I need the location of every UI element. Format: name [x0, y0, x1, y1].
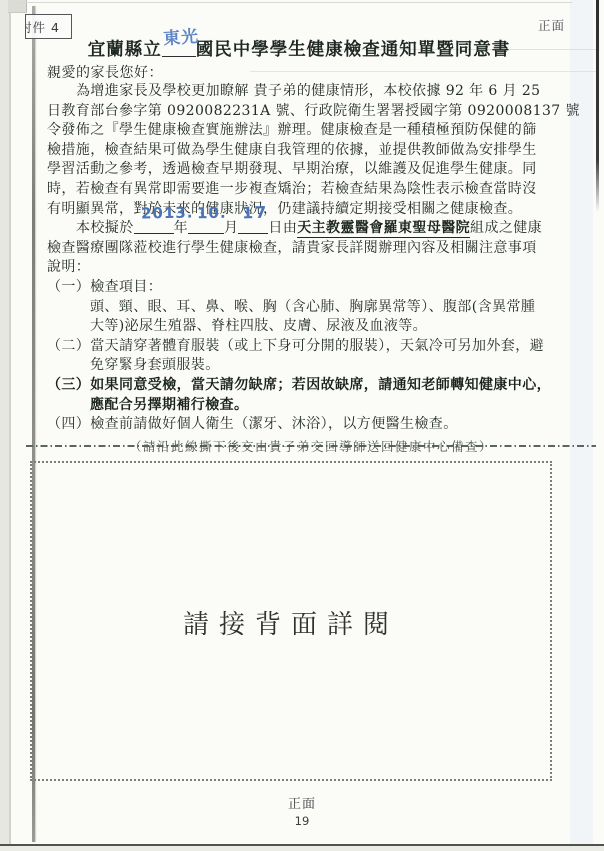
scan-artifact-left-edge-line [9, 0, 11, 851]
tear-line-section: （請沿此線撕下後交由貴子弟交回導師送回健康中心備查） [26, 435, 596, 455]
month-blank: 10. [188, 220, 224, 234]
day-label: 日由 [268, 220, 297, 236]
scan-artifact-left-band [0, 0, 9, 851]
intro-line-6: 時，若檢查有異常即需要進一步複查矯治；若檢查結果為陰性表示檢查當時沒 [47, 180, 571, 200]
intro-line-2: 日教育部台參字第 0920082231A 號、行政院衛生署署授國字第 09200… [47, 102, 571, 122]
intro-line-4: 檢措施，檢查結果可做為學生健康自我管理的依據，並提供教師做為安排學生 [47, 141, 571, 161]
title-suffix: 國民中學學生健康檢查通知單暨同意書 [196, 40, 511, 60]
back-reference-box: 請接背面詳閱 [30, 461, 552, 781]
item-4-line-1: （四）檢查前請做好個人衛生（潔牙、沐浴），以方便醫生檢查。 [47, 415, 571, 435]
item-2-line-2: 免穿緊身套頭服裝。 [47, 356, 571, 376]
item-1-line-2: 頭、頸、眼、耳、鼻、喉、胸（含心肺、胸廓異常等）、腹部(含異常腫 [47, 298, 571, 318]
back-reference-text: 請接背面詳閱 [32, 604, 550, 641]
item-2-text: 當天請穿著體育服裝（或上下身可分開的服裝），天氣冷可另加外套，避 [90, 338, 544, 354]
scan-artifact-hline-mid2 [250, 71, 596, 72]
schedule-cont-line: 檢查醫療團隊蒞校進行學生健康檢查，請貴家長詳閱辦理內容及相關注意事項 [47, 239, 571, 259]
item-4-text: 檢查前請做好個人衛生（潔牙、沐浴），以方便醫生檢查。 [90, 416, 457, 432]
intro-line-5: 學習活動之參考，透過檢查早期發現、早期治療，以維護及促進學生健康。同 [47, 160, 571, 180]
intro-line-7: 有明顯異常，對於未來的健康狀況，仍建議持續定期接受相關之健康檢查。 [47, 200, 571, 220]
greeting-line: 親愛的家長您好： [47, 62, 163, 82]
item-4-number: （四） [47, 416, 90, 432]
document-body: 為增進家長及學校更加瞭解 貴子弟的健康情形，本校依據 92 年 6 月 25 日… [47, 82, 571, 435]
front-side-label-top: 正面 [538, 16, 565, 34]
month-handwritten: 10. [197, 204, 227, 224]
year-blank: 2013. [134, 220, 174, 234]
front-side-label-bottom: 正面 [0, 793, 604, 812]
tear-line-note: （請沿此線撕下後交由貴子弟交回導師送回健康中心備查） [26, 437, 596, 455]
item-1-number: （一） [47, 279, 90, 295]
item-2-number: （二） [47, 338, 90, 354]
document-title: 宜蘭縣立東光國民中學學生健康檢查通知單暨同意書 [40, 36, 558, 61]
intro-line-1: 為增進家長及學校更加瞭解 貴子弟的健康情形，本校依據 92 年 6 月 25 [47, 82, 571, 102]
day-handwritten: 17 [242, 203, 269, 223]
page-number: 19 [0, 814, 604, 828]
notes-intro-line: 說明： [47, 258, 571, 278]
schedule-line: 本校擬於2013.年10.月17日由天主教靈醫會羅東聖母醫院組成之健康 [47, 219, 571, 239]
item-3-number: （三） [47, 377, 90, 393]
hospital-name: 天主教靈醫會羅東聖母醫院 [297, 220, 470, 238]
item-2-line-1: （二）當天請穿著體育服裝（或上下身可分開的服裝），天氣冷可另加外套，避 [47, 337, 571, 357]
scan-artifact-bottom-line [0, 844, 604, 846]
item-1-text: 檢查項目： [90, 279, 162, 295]
item-1-line-1: （一）檢查項目： [47, 278, 571, 298]
schedule-prefix: 本校擬於 [76, 220, 134, 236]
scan-artifact-hline-top [12, 2, 572, 3]
item-3-line-1: （三）如果同意受檢，當天請勿缺席；若因故缺席，請通知老師轉知健康中心， [47, 376, 571, 396]
item-3-line-2: 應配合另擇期補行檢查。 [47, 396, 571, 416]
year-handwritten: 2013. [140, 204, 193, 225]
item-1-line-3: 大等)泌尿生殖器、脊柱四肢、皮膚、尿液及血液等。 [47, 317, 571, 337]
title-prefix: 宜蘭縣立 [88, 40, 162, 60]
attachment-label: 附件 4 [25, 18, 71, 36]
schedule-suffix: 組成之健康 [470, 220, 542, 236]
item-3-text: 如果同意受檢，當天請勿缺席；若因故缺席，請通知老師轉知健康中心， [90, 377, 551, 393]
scan-artifact-right-edge-line [596, 0, 599, 212]
school-name-handwritten: 東光 [162, 22, 200, 49]
scan-artifact-bottom-band [0, 846, 604, 851]
scan-artifact-blue-band [570, 0, 593, 851]
intro-line-3: 令發佈之『學生健康檢查實施辦法』辦理。健康檢查是一種積極預防保健的篩 [47, 121, 571, 141]
day-blank: 17 [238, 220, 268, 234]
school-name-blank: 東光 [162, 42, 196, 57]
document-page: 附件 4 正面 宜蘭縣立東光國民中學學生健康檢查通知單暨同意書 親愛的家長您好：… [0, 0, 604, 851]
